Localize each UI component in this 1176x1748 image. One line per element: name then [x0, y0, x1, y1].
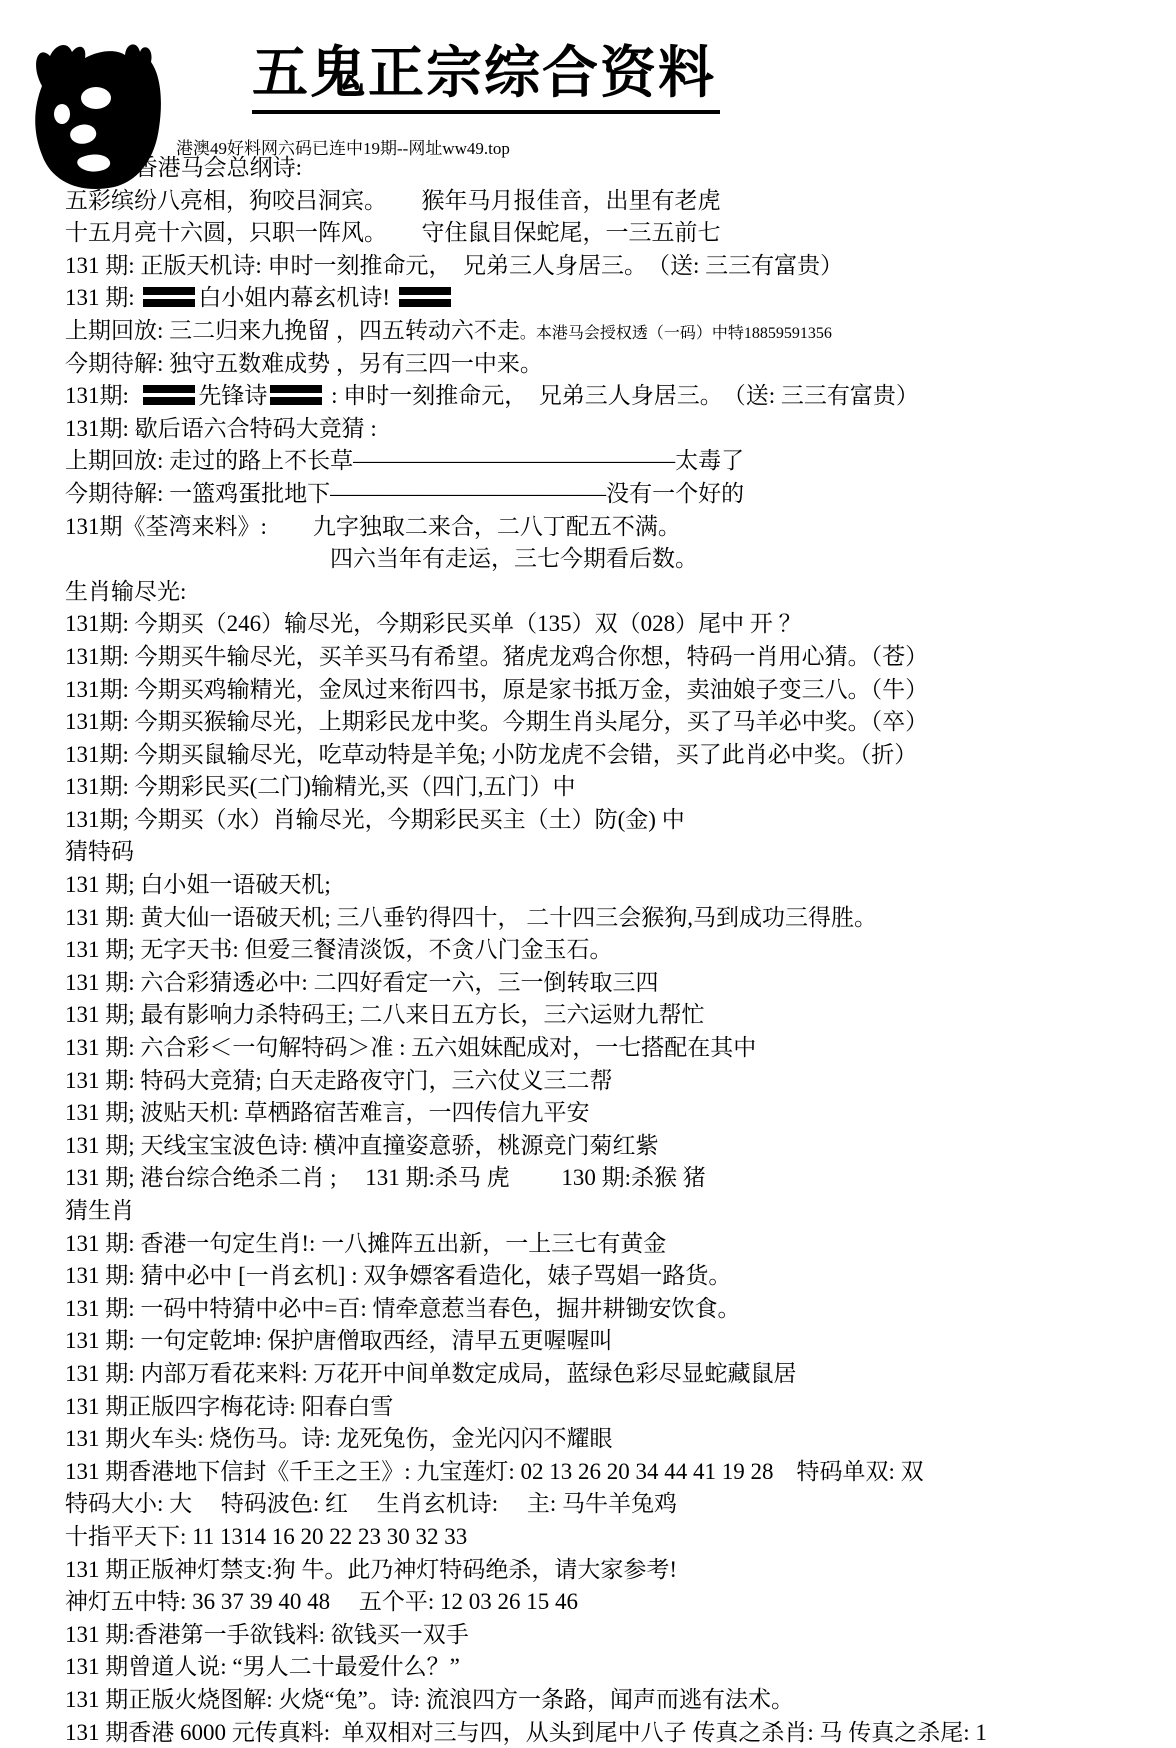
- line-text: 131期: 今期买牛输尽光，买羊买马有希望。猪虎龙鸡合你想，特码一肖用心猜。（苍…: [65, 644, 928, 669]
- text-line: 上期回放: 三二归来九挽留 ，四五转动六不走。本港马会授权透（一码）中特1885…: [0, 315, 1176, 348]
- text-line: 131 期: 香港一句定生肖!: 一八摊阵五出新，一上三七有黄金: [0, 1228, 1176, 1261]
- line-text: 四六当年有走运，三七今期看后数。: [330, 546, 698, 571]
- line-text: 131 期; 天线宝宝波色诗: 横冲直撞姿意骄，桃源竞门菊红紫: [65, 1133, 659, 1158]
- line-text: 131 期香港 6000 元传真料: 单双相对三与四，从头到尾中八子 传真之杀肖…: [65, 1720, 987, 1745]
- text-line: 五彩缤纷八亮相，狗咬吕洞宾。 猴年马月报佳音，出里有老虎: [0, 185, 1176, 218]
- line-text: 特码大小: 大 特码波色: 红 生肖玄机诗: 主: 马牛羊兔鸡: [65, 1491, 677, 1516]
- line-text: 131 期: 一句定乾坤: 保护唐僧取西经，清早五更喔喔叫: [65, 1328, 613, 1353]
- text-line: 猜特码: [0, 836, 1176, 869]
- line-text: : 申时一刻推命元， 兄弟三人身居三。 （送: 三三有富贵）: [325, 383, 919, 408]
- text-line: 生肖输尽光:: [0, 576, 1176, 609]
- text-line: 131 期香港地下信封《千王之王》: 九宝莲灯: 02 13 26 20 34 …: [0, 1456, 1176, 1489]
- line-text: 上期回放: 走过的路上不长草——————————————太毒了: [65, 448, 744, 473]
- double-bar-icon: [399, 287, 451, 307]
- line-text: 131期: 今期买鸡输精光，金凤过来衔四书，原是家书抵万金，卖油娘子变三八。（牛…: [65, 677, 928, 702]
- line-text: 神灯五中特: 36 37 39 40 48 五个平: 12 03 26 15 4…: [65, 1589, 578, 1614]
- text-line: 131 期:香港第一手欲钱料: 欲钱买一双手: [0, 1619, 1176, 1652]
- line-text: 131 期: 六合彩＜一句解特码＞准 : 五六姐妹配成对，一七搭配在其中: [65, 1035, 756, 1060]
- text-line: 131期: 今期买牛输尽光，买羊买马有希望。猪虎龙鸡合你想，特码一肖用心猜。（苍…: [0, 641, 1176, 674]
- text-line: 131期: 今期彩民买(二门)输精光,买（四门,五门）中: [0, 771, 1176, 804]
- text-line: 131期; 今期买（水）肖输尽光，今期彩民买主（土）防(金) 中: [0, 804, 1176, 837]
- double-bar-icon: [143, 287, 195, 307]
- line-text: 十五月亮十六圆，只职一阵风。 守住鼠目保蛇尾，一三五前七: [65, 220, 721, 245]
- line-text: 131 期: 六合彩猜透必中: 二四好看定一六，三一倒转取三四: [65, 970, 659, 995]
- line-text: 131期: 今期彩民买(二门)输精光,买（四门,五门）中: [65, 774, 575, 799]
- text-line: 131 期: 黄大仙一语破天机; 三八垂钓得四十， 二十四三会猴狗,马到成功三得…: [0, 902, 1176, 935]
- line-text: 131期: 今期买鼠输尽光，吃草动特是羊兔; 小防龙虎不会错，买了此肖必中奖。（…: [65, 742, 917, 767]
- line-text: 猜生肖: [65, 1198, 134, 1223]
- text-line: 131 期; 波贴天机: 草栖路宿苦难言，一四传信九平安: [0, 1097, 1176, 1130]
- text-line: 131 期: 六合彩＜一句解特码＞准 : 五六姐妹配成对，一七搭配在其中: [0, 1032, 1176, 1065]
- line-text: 131 期; 港台综合绝杀二肖 ; 131 期:杀马 虎 130 期:杀猴 猪: [65, 1165, 706, 1190]
- line-text: 131 期: 正版天机诗: 申时一刻推命元， 兄弟三人身居三。 （送: 三三有富…: [65, 253, 843, 278]
- text-line: 131 期; 白小姐一语破天机;: [0, 869, 1176, 902]
- line-text: 十指平天下: 11 1314 16 20 22 23 30 32 33: [65, 1524, 467, 1549]
- line-text: 131 期; 白小姐一语破天机;: [65, 872, 331, 897]
- text-line: 四六当年有走运，三七今期看后数。: [0, 543, 1176, 576]
- text-line: 131期: 今期买猴输尽光，上期彩民龙中奖。今期生肖头尾分，买了马羊必中奖。（卒…: [0, 706, 1176, 739]
- text-line: 131期: 今期买（246）输尽光，今期彩民买单（135）双（028）尾中 开 …: [0, 608, 1176, 641]
- line-text: 131 期正版四字梅花诗: 阳春白雪: [65, 1394, 393, 1419]
- text-line: 131期: 歇后语六合特码大竞猜 :: [0, 413, 1176, 446]
- line-text: 131期: 今期买猴输尽光，上期彩民龙中奖。今期生肖头尾分，买了马羊必中奖。（卒…: [65, 709, 928, 734]
- text-line: 神灯五中特: 36 37 39 40 48 五个平: 12 03 26 15 4…: [0, 1586, 1176, 1619]
- line-text: 白小姐内幕玄机诗!: [198, 285, 395, 310]
- text-line: 131 期: 一句定乾坤: 保护唐僧取西经，清早五更喔喔叫: [0, 1325, 1176, 1358]
- text-line: 131 期: 一码中特猜中必中=百: 情牵意惹当春色，掘井耕锄安饮食。: [0, 1293, 1176, 1326]
- line-text: 131 期:香港第一手欲钱料: 欲钱买一双手: [65, 1622, 469, 1647]
- text-line: 131 期: 特码大竞猜; 白天走路夜守门，三六仗义三二帮: [0, 1065, 1176, 1098]
- text-line: 131 期香港 6000 元传真料: 单双相对三与四，从头到尾中八子 传真之杀肖…: [0, 1717, 1176, 1748]
- line-text: 131 期: 一码中特猜中必中=百: 情牵意惹当春色，掘井耕锄安饮食。: [65, 1296, 741, 1321]
- double-bar-icon: [143, 385, 195, 405]
- line-text: 今期待解: 独守五数难成势 ，另有三四一中来。: [65, 351, 543, 376]
- text-line: 131 期正版火烧图解: 火烧“兔”。诗: 流浪四方一条路，闻声而逃有法术。: [0, 1684, 1176, 1717]
- text-line: 今期待解: 独守五数难成势 ，另有三四一中来。: [0, 348, 1176, 381]
- line-text: 131 期: 特码大竞猜; 白天走路夜守门，三六仗义三二帮: [65, 1068, 613, 1093]
- text-line: 131 期; 港台综合绝杀二肖 ; 131 期:杀马 虎 130 期:杀猴 猪: [0, 1162, 1176, 1195]
- line-text: 131 期; 无字天书: 但爱三餐清淡饭，不贪八门金玉石。: [65, 937, 613, 962]
- line-small-text: 。本港马会授权透（一码）中特18859591356: [520, 325, 832, 342]
- ghost-logo: [22, 40, 164, 190]
- text-line: 131 期; 无字天书: 但爱三餐清淡饭，不贪八门金玉石。: [0, 934, 1176, 967]
- content-lines: 131期: 香港马会总纲诗:五彩缤纷八亮相，狗咬吕洞宾。 猴年马月报佳音，出里有…: [0, 152, 1176, 1748]
- text-line: 131 期: 六合彩猜透必中: 二四好看定一六，三一倒转取三四: [0, 967, 1176, 1000]
- line-text: 131期:: [65, 383, 140, 408]
- text-line: 131 期正版神灯禁支:狗 牛。此乃神灯特码绝杀，请大家参考!: [0, 1554, 1176, 1587]
- line-text: 131 期曾道人说: “男人二十最爱什么？”: [65, 1654, 460, 1679]
- text-line: 131 期; 最有影响力杀特码王; 二八来日五方长，三六运财九帮忙: [0, 999, 1176, 1032]
- line-text: 今期待解: 一篮鸡蛋批地下————————————没有一个好的: [65, 481, 744, 506]
- text-line: 131期: 今期买鼠输尽光，吃草动特是羊兔; 小防龙虎不会错，买了此肖必中奖。（…: [0, 739, 1176, 772]
- line-text: 上期回放: 三二归来九挽留 ，四五转动六不走: [65, 318, 520, 343]
- line-text: 猜特码: [65, 839, 134, 864]
- double-bar-icon: [270, 385, 322, 405]
- line-text: 131 期: 内部万看花来料: 万花开中间单数定成局，蓝绿色彩尽显蛇藏鼠居: [65, 1361, 797, 1386]
- text-line: 131 期: 猜中必中 [一肖玄机] : 双争嫖客看造化，婊子骂娼一路货。: [0, 1260, 1176, 1293]
- line-text: 131 期; 最有影响力杀特码王; 二八来日五方长，三六运财九帮忙: [65, 1002, 705, 1027]
- text-line: 131期: 香港马会总纲诗:: [0, 152, 1176, 185]
- text-line: 131 期火车头: 烧伤马。诗: 龙死兔伤，金光闪闪不耀眼: [0, 1423, 1176, 1456]
- line-text: 五彩缤纷八亮相，狗咬吕洞宾。 猴年马月报佳音，出里有老虎: [65, 188, 721, 213]
- line-text: 131 期火车头: 烧伤马。诗: 龙死兔伤，金光闪闪不耀眼: [65, 1426, 613, 1451]
- line-text: 131期: 今期买（246）输尽光，今期彩民买单（135）双（028）尾中 开 …: [65, 611, 802, 636]
- line-text: 131 期香港地下信封《千王之王》: 九宝莲灯: 02 13 26 20 34 …: [65, 1459, 924, 1484]
- line-text: 131 期正版火烧图解: 火烧“兔”。诗: 流浪四方一条路，闻声而逃有法术。: [65, 1687, 794, 1712]
- page-title: 五鬼正宗综合资料: [252, 44, 720, 114]
- text-line: 131 期曾道人说: “男人二十最爱什么？”: [0, 1651, 1176, 1684]
- text-line: 131期: 先锋诗 : 申时一刻推命元， 兄弟三人身居三。 （送: 三三有富贵）: [0, 380, 1176, 413]
- text-line: 131 期: 内部万看花来料: 万花开中间单数定成局，蓝绿色彩尽显蛇藏鼠居: [0, 1358, 1176, 1391]
- text-line: 今期待解: 一篮鸡蛋批地下————————————没有一个好的: [0, 478, 1176, 511]
- text-line: 131期: 今期买鸡输精光，金凤过来衔四书，原是家书抵万金，卖油娘子变三八。（牛…: [0, 674, 1176, 707]
- text-line: 十五月亮十六圆，只职一阵风。 守住鼠目保蛇尾，一三五前七: [0, 217, 1176, 250]
- line-text: 131期: 歇后语六合特码大竞猜 :: [65, 416, 377, 441]
- text-line: 特码大小: 大 特码波色: 红 生肖玄机诗: 主: 马牛羊兔鸡: [0, 1488, 1176, 1521]
- text-line: 十指平天下: 11 1314 16 20 22 23 30 32 33: [0, 1521, 1176, 1554]
- page: 五鬼正宗综合资料 港澳49好料网六码已连中19期--网址ww49.top 131…: [0, 0, 1176, 1748]
- line-text: 131 期: 黄大仙一语破天机; 三八垂钓得四十， 二十四三会猴狗,马到成功三得…: [65, 905, 877, 930]
- text-line: 上期回放: 走过的路上不长草——————————————太毒了: [0, 445, 1176, 478]
- text-line: 131期《荃湾来料》: 九字独取二来合，二八丁配五不满。: [0, 511, 1176, 544]
- line-text: 131 期: 猜中必中 [一肖玄机] : 双争嫖客看造化，婊子骂娼一路货。: [65, 1263, 731, 1288]
- line-text: 131 期; 波贴天机: 草栖路宿苦难言，一四传信九平安: [65, 1100, 590, 1125]
- line-text: 生肖输尽光:: [65, 579, 186, 604]
- line-text: 131期; 今期买（水）肖输尽光，今期彩民买主（土）防(金) 中: [65, 807, 685, 832]
- line-text: 131 期: 香港一句定生肖!: 一八摊阵五出新，一上三七有黄金: [65, 1231, 666, 1256]
- text-line: 131 期正版四字梅花诗: 阳春白雪: [0, 1391, 1176, 1424]
- text-line: 131 期; 天线宝宝波色诗: 横冲直撞姿意骄，桃源竞门菊红紫: [0, 1130, 1176, 1163]
- line-text: 131 期:: [65, 285, 140, 310]
- line-text: 131 期正版神灯禁支:狗 牛。此乃神灯特码绝杀，请大家参考!: [65, 1557, 677, 1582]
- text-line: 131 期: 正版天机诗: 申时一刻推命元， 兄弟三人身居三。 （送: 三三有富…: [0, 250, 1176, 283]
- line-text: 131期《荃湾来料》: 九字独取二来合，二八丁配五不满。: [65, 514, 681, 539]
- text-line: 猜生肖: [0, 1195, 1176, 1228]
- line-text: 先锋诗: [198, 383, 267, 408]
- text-line: 131 期: 白小姐内幕玄机诗!: [0, 282, 1176, 315]
